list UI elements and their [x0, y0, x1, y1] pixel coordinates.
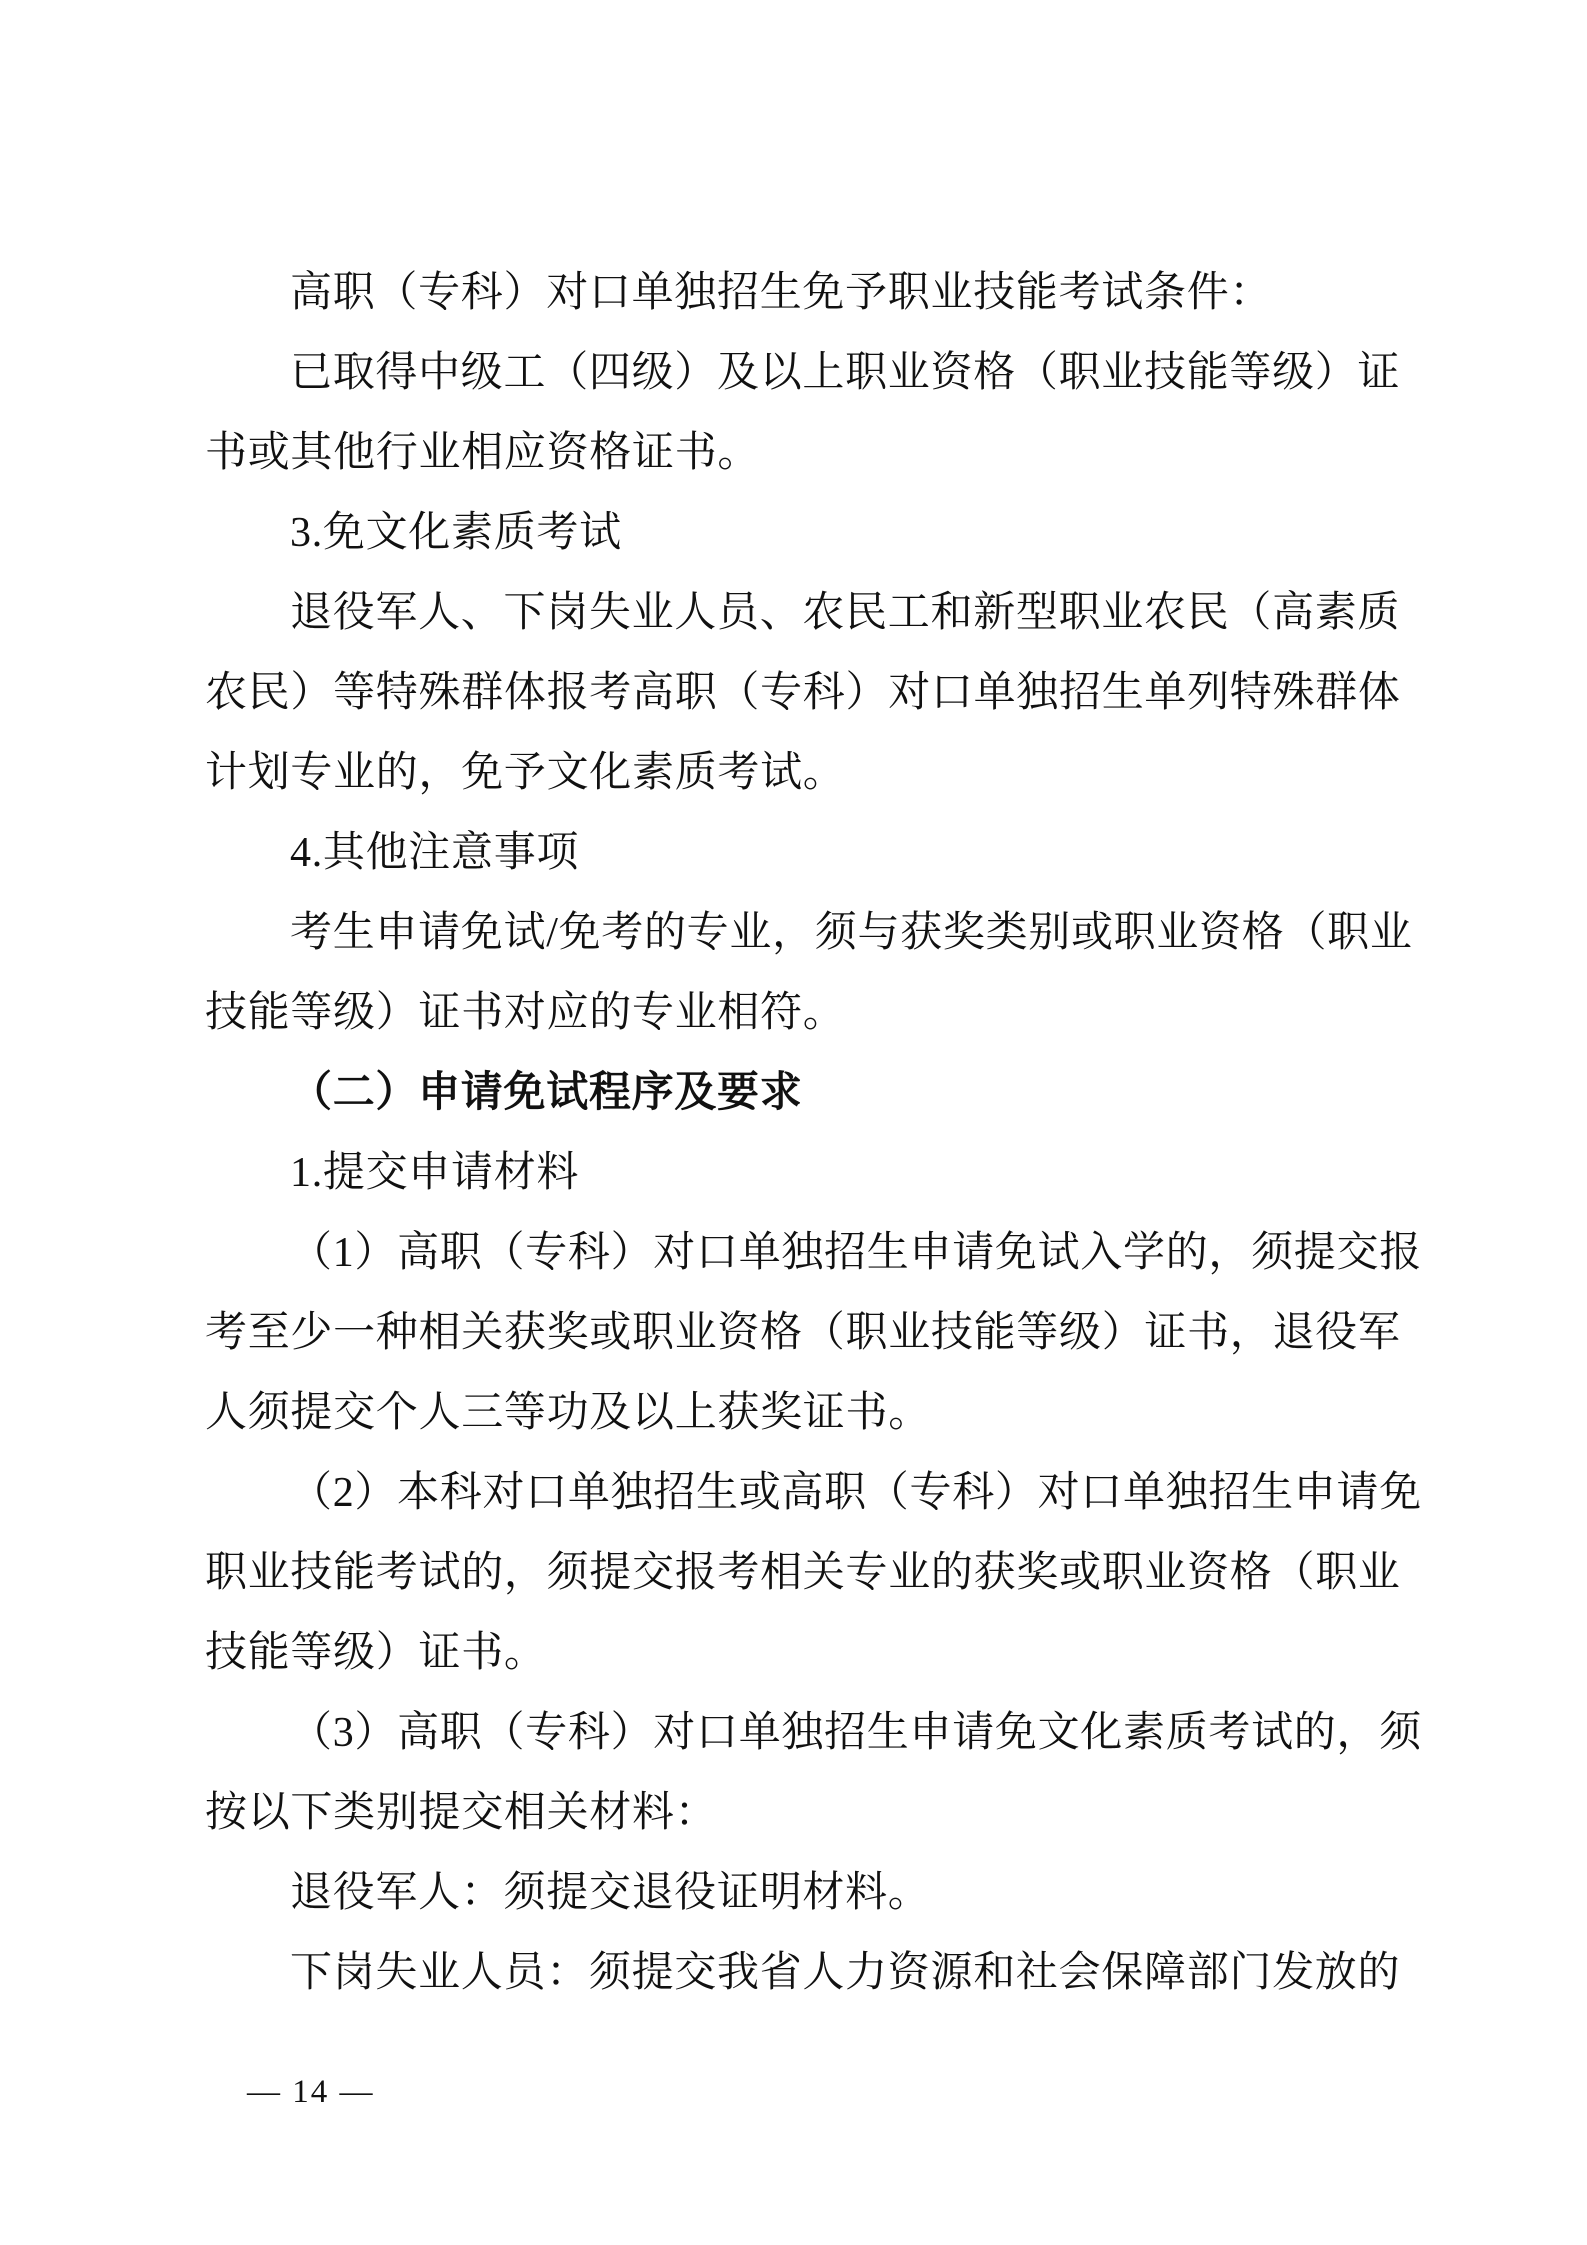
text-line: 考生申请免试/免考的专业，须与获奖类别或职业资格（职业 [205, 893, 1402, 973]
page-number: — 14 — [247, 2072, 375, 2112]
text-line: 考至少一种相关获奖或职业资格（职业技能等级）证书，退役军 [205, 1293, 1402, 1373]
text-line: 下岗失业人员：须提交我省人力资源和社会保障部门发放的 [205, 1933, 1402, 2013]
list-item-heading: 1.提交申请材料 [205, 1133, 1402, 1213]
text-line: （2）本科对口单独招生或高职（专科）对口单独招生申请免 [205, 1453, 1402, 1533]
text-line: 已取得中级工（四级）及以上职业资格（职业技能等级）证 [205, 333, 1402, 413]
text-line: 退役军人：须提交退役证明材料。 [205, 1853, 1402, 1933]
text-line: （3）高职（专科）对口单独招生申请免文化素质考试的，须 [205, 1693, 1402, 1773]
text-line: 技能等级）证书。 [205, 1613, 1402, 1693]
document-page: 高职（专科）对口单独招生免予职业技能考试条件： 已取得中级工（四级）及以上职业资… [0, 0, 1587, 2245]
text-line: 人须提交个人三等功及以上获奖证书。 [205, 1373, 1402, 1453]
text-line: 高职（专科）对口单独招生免予职业技能考试条件： [205, 253, 1402, 333]
document-body: 高职（专科）对口单独招生免予职业技能考试条件： 已取得中级工（四级）及以上职业资… [205, 253, 1402, 2013]
text-line: 农民）等特殊群体报考高职（专科）对口单独招生单列特殊群体 [205, 653, 1402, 733]
text-line: （1）高职（专科）对口单独招生申请免试入学的，须提交报 [205, 1213, 1402, 1293]
section-heading: （二）申请免试程序及要求 [205, 1053, 1402, 1133]
list-item-heading: 4.其他注意事项 [205, 813, 1402, 893]
text-line: 书或其他行业相应资格证书。 [205, 413, 1402, 493]
text-line: 退役军人、下岗失业人员、农民工和新型职业农民（高素质 [205, 573, 1402, 653]
list-item-heading: 3.免文化素质考试 [205, 493, 1402, 573]
text-line: 按以下类别提交相关材料： [205, 1773, 1402, 1853]
text-line: 计划专业的，免予文化素质考试。 [205, 733, 1402, 813]
text-line: 职业技能考试的，须提交报考相关专业的获奖或职业资格（职业 [205, 1533, 1402, 1613]
text-line: 技能等级）证书对应的专业相符。 [205, 973, 1402, 1053]
